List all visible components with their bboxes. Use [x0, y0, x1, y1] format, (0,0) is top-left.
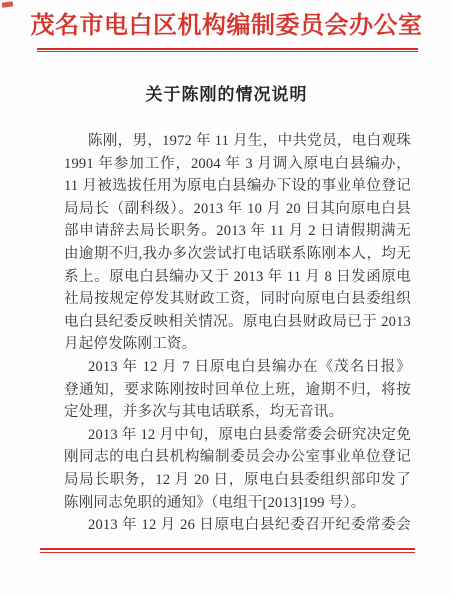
body-line: 登通知，要求陈刚按时回单位上班，逾期不归，将按相关规	[64, 379, 411, 402]
letterhead-double-rule	[37, 48, 418, 53]
body-line: 系上。原电白县编办又于 2013 年 11 月 8 日发函原电白县人	[64, 266, 411, 289]
body-line: 电白县纪委反映相关情况。原电白县财政局已于 2013 年 11	[64, 311, 411, 334]
body-line: 社局按规定停发其财政工资，同时向原电白县委组织部、原	[64, 288, 411, 311]
scanned-document-page: 茂名市电白区机构编制委员会办公室 关于陈刚的情况说明 陈刚，男，1972 年 1…	[0, 0, 453, 594]
letterhead-org-name: 茂名市电白区机构编制委员会办公室	[0, 9, 453, 43]
document-body: 陈刚，男，1972 年 11 月生，中共党员，电白观珠镇人，1991 年参加工作…	[64, 130, 411, 537]
body-line: 部申请辞去局长职务。2013 年 11 月 2 日请假期满无正当理	[64, 220, 411, 243]
body-line: 由逾期不归,我办多次尝试打电话联系陈刚本人，均无法联	[64, 243, 411, 266]
body-line: 2013 年 12 月中旬，原电白县委常委会研究决定免去陈	[64, 424, 411, 447]
body-line: 2013 年 12 月 7 日原电白县编办在《茂名日报》A2 版刊	[64, 356, 411, 379]
body-line: 2013 年 12 月 26 日原电白县纪委召开纪委常委会会议研	[64, 514, 411, 537]
body-line: 11 月被选拔任用为原电白县编办下设的事业单位登记管理	[64, 175, 411, 198]
body-line: 月起停发陈刚工资。	[64, 333, 411, 356]
body-line: 局局长职务，12 月 20 日，原电白县委组织部印发了《关于	[64, 469, 411, 492]
body-line: 定处理，并多次与其电话联系，均无音讯。	[64, 401, 411, 424]
body-line: 刚同志的电白县机构编制委员会办公室事业单位登记管理	[64, 446, 411, 469]
scan-artifact-mark	[2, 1, 14, 7]
page-bottom-double-rule	[40, 548, 415, 553]
document-title: 关于陈刚的情况说明	[0, 84, 453, 106]
body-line: 陈刚同志免职的通知》（电组干[2013]199 号）。	[64, 492, 411, 515]
body-line: 陈刚，男，1972 年 11 月生，中共党员，电白观珠镇人，	[64, 130, 411, 153]
body-line: 1991 年参加工作，2004 年 3 月调入原电白县编办，2012 年	[64, 153, 411, 176]
body-line: 局局长（副科级）。2013 年 10 月 20 日其向原电白县委组织	[64, 198, 411, 221]
